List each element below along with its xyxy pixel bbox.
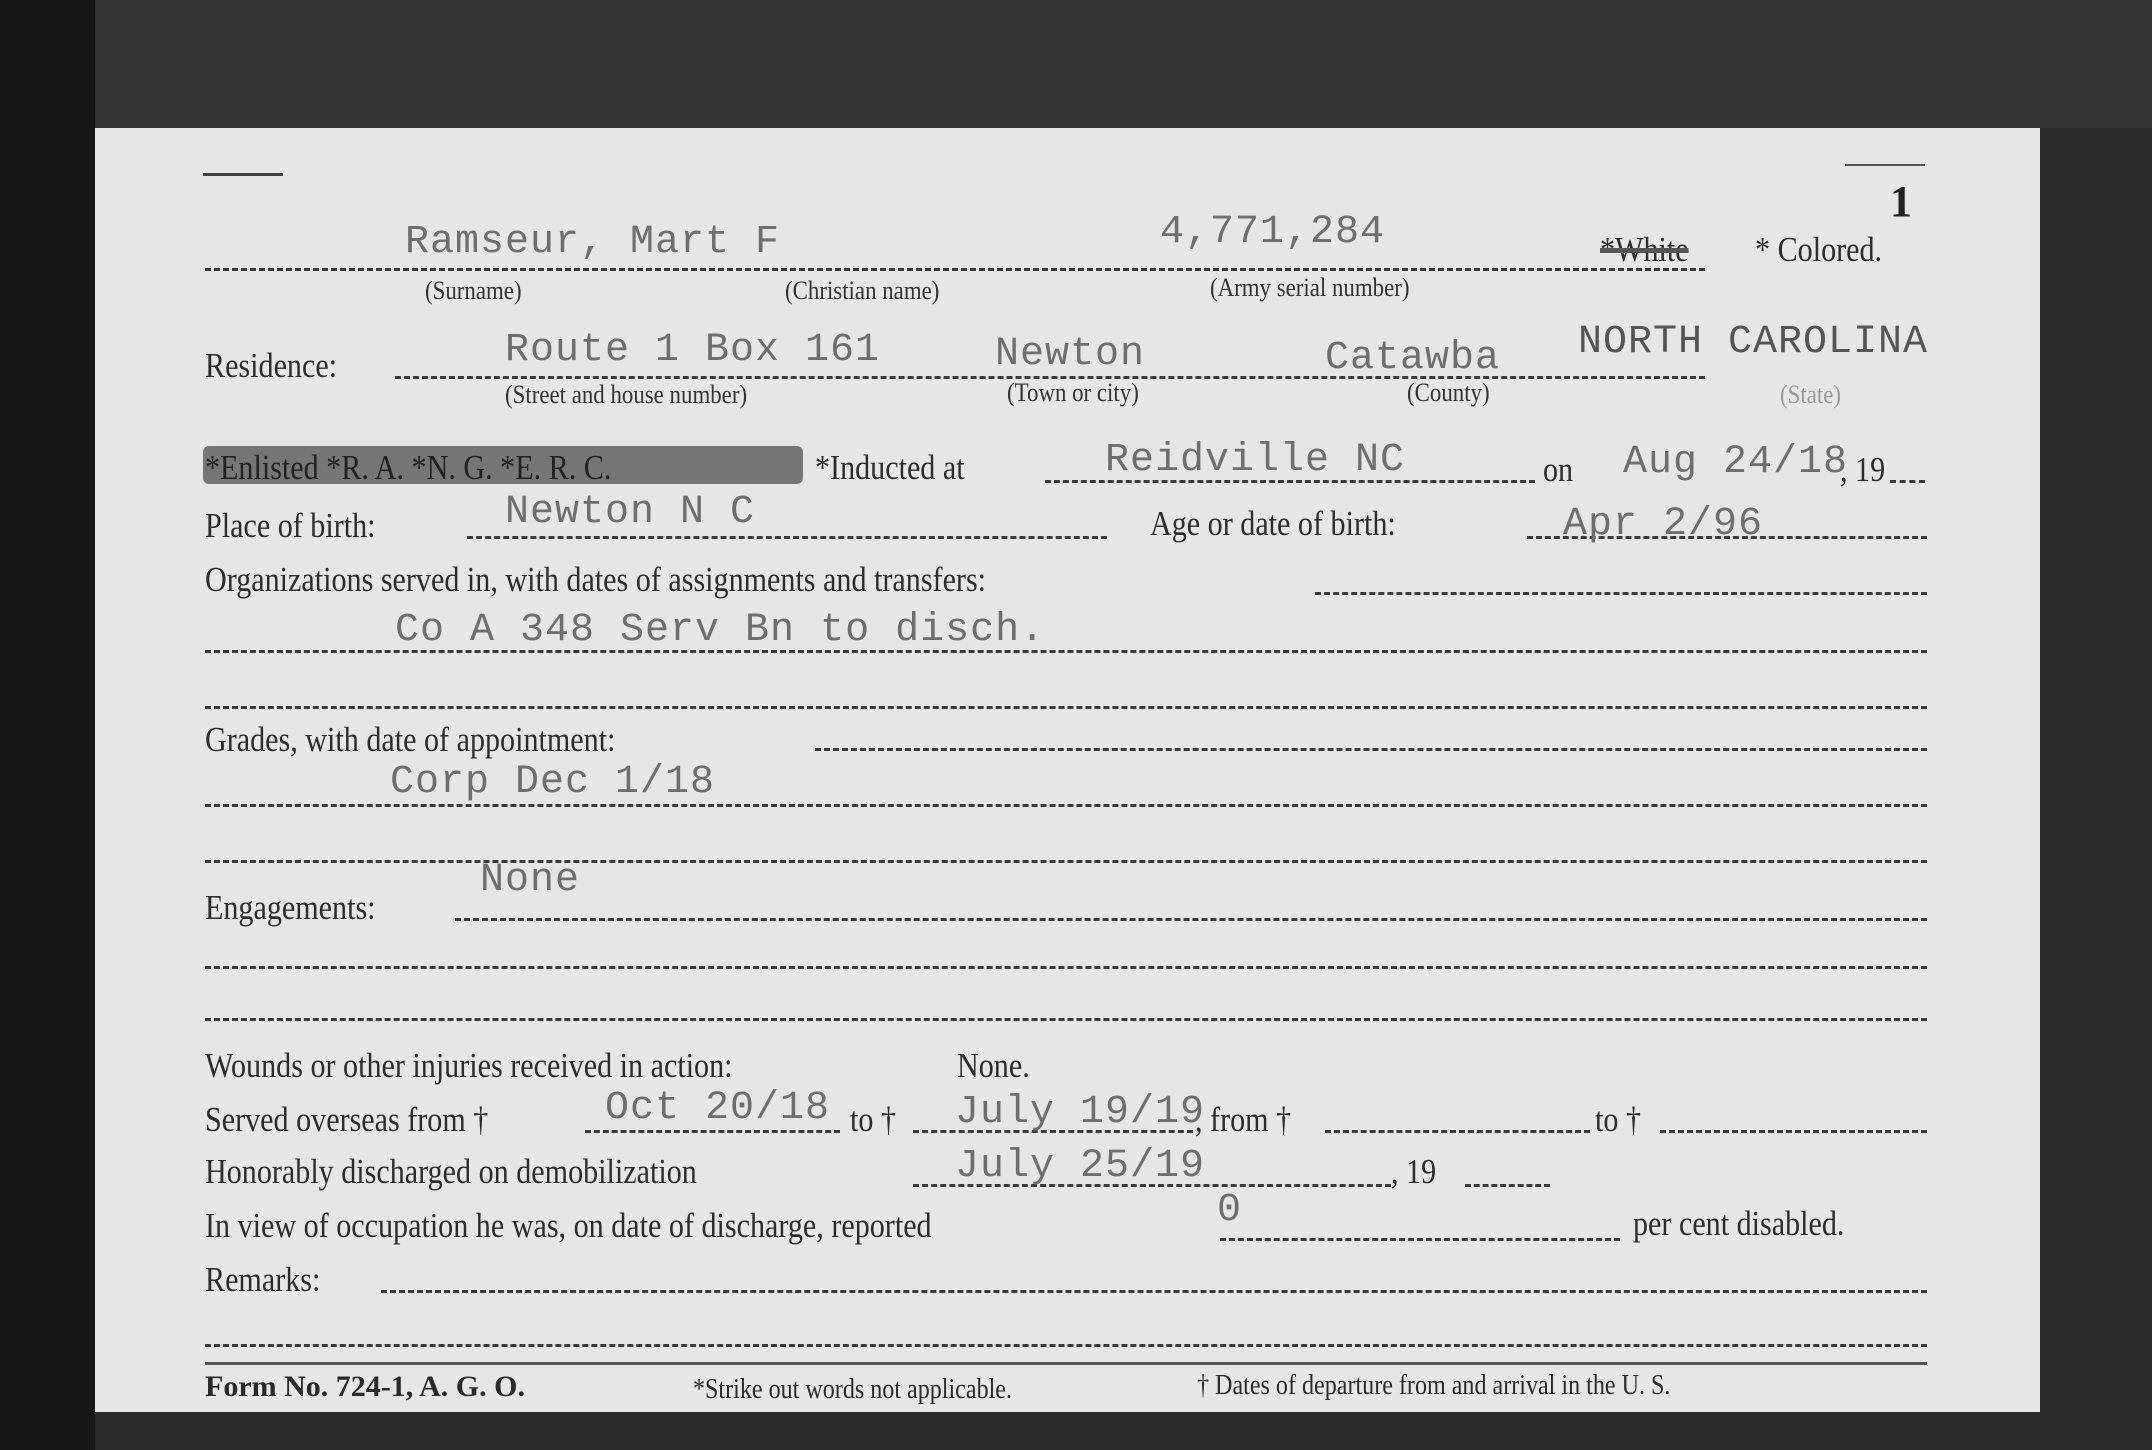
- state-value: NORTH CAROLINA: [1578, 320, 1928, 365]
- county-value: Catawba: [1325, 336, 1500, 381]
- inducted-place-value: Reidville NC: [1105, 438, 1405, 483]
- street-value: Route 1 Box 161: [505, 328, 880, 373]
- organizations-line-3: [205, 706, 1927, 709]
- inducted-date-value: Aug 24/18: [1623, 440, 1848, 485]
- discharge-label: Honorably discharged on demobilization: [205, 1152, 697, 1192]
- top-left-mark: [203, 173, 283, 176]
- scan-background: [95, 0, 2152, 128]
- service-record-card: 1 Ramseur, Mart F 4,771,284 *White * Col…: [95, 128, 2040, 1412]
- overseas-to2-label: to †: [1595, 1100, 1641, 1140]
- grades-line-2: [205, 804, 1927, 807]
- grades-label: Grades, with date of appointment:: [205, 720, 615, 760]
- birth-place-value: Newton N C: [505, 490, 755, 535]
- town-value: Newton: [995, 332, 1145, 377]
- enlisted-options-struck: *Enlisted *R. A. *N. G. *E. R. C.: [205, 448, 611, 488]
- overseas-to-label: to †: [850, 1100, 896, 1140]
- disability-suffix: per cent disabled.: [1633, 1204, 1844, 1244]
- residence-label: Residence:: [205, 346, 337, 386]
- inducted-year-line: [1890, 480, 1925, 483]
- overseas-from-value: Oct 20/18: [605, 1086, 830, 1131]
- christian-name-label: (Christian name): [785, 276, 939, 306]
- disability-line: [1220, 1238, 1620, 1241]
- town-label: (Town or city): [1007, 378, 1139, 408]
- serial-value: 4,771,284: [1160, 210, 1385, 255]
- top-right-mark: [1845, 164, 1925, 166]
- name-value: Ramseur, Mart F: [405, 220, 780, 265]
- grades-line-3: [205, 860, 1927, 863]
- surname-label: (Surname): [425, 276, 522, 306]
- birth-place-label: Place of birth:: [205, 506, 376, 546]
- engagements-line-2: [205, 966, 1927, 969]
- organizations-line-2: [205, 650, 1927, 653]
- overseas-from2-label: , from †: [1195, 1100, 1291, 1140]
- inducted-year-suffix: , 19: [1840, 450, 1885, 490]
- discharge-year-line: [1465, 1184, 1550, 1187]
- disability-label: In view of occupation he was, on date of…: [205, 1206, 932, 1246]
- street-label: (Street and house number): [505, 380, 747, 410]
- race-colored: * Colored.: [1755, 230, 1882, 270]
- overseas-from-label: Served overseas from †: [205, 1100, 488, 1140]
- race-white-struck: *White: [1600, 230, 1689, 270]
- strike-note: *Strike out words not applicable.: [693, 1374, 1012, 1406]
- remarks-line-2: [205, 1344, 1927, 1347]
- overseas-to-value: July 19/19: [955, 1090, 1205, 1135]
- birth-date-value: Apr 2/96: [1563, 502, 1763, 547]
- overseas-from2-line: [1325, 1130, 1590, 1133]
- disability-value: 0: [1217, 1188, 1242, 1233]
- discharge-year-suffix: , 19: [1391, 1152, 1436, 1192]
- wounds-label: Wounds or other injuries received in act…: [205, 1046, 733, 1086]
- scan-left-edge: [0, 0, 95, 1450]
- discharge-date-value: July 25/19: [955, 1144, 1205, 1189]
- organizations-value: Co A 348 Serv Bn to disch.: [395, 608, 1045, 653]
- engagements-line-3: [205, 1018, 1927, 1021]
- wounds-value: None.: [957, 1046, 1030, 1086]
- engagements-label: Engagements:: [205, 888, 376, 928]
- inducted-label: *Inducted at: [815, 448, 965, 488]
- birth-date-label: Age or date of birth:: [1150, 504, 1396, 544]
- organizations-line-1: [1315, 592, 1927, 595]
- overseas-to2-line: [1660, 1130, 1927, 1133]
- organizations-label: Organizations served in, with dates of a…: [205, 560, 986, 600]
- engagements-line-1: [455, 918, 1927, 921]
- engagements-value: None: [480, 858, 580, 903]
- birth-place-line: [467, 536, 1107, 539]
- grades-value: Corp Dec 1/18: [390, 760, 715, 805]
- serial-label: (Army serial number): [1210, 273, 1409, 303]
- county-label: (County): [1407, 378, 1490, 408]
- card-number: 1: [1890, 176, 1912, 227]
- remarks-line-1: [381, 1290, 1927, 1293]
- inducted-on-label: on: [1543, 450, 1573, 490]
- name-line: [205, 268, 1705, 271]
- footer-rule: [205, 1362, 1927, 1365]
- state-label: (State): [1780, 380, 1841, 410]
- dates-note: † Dates of departure from and arrival in…: [1197, 1370, 1670, 1402]
- remarks-label: Remarks:: [205, 1260, 320, 1300]
- grades-line-1: [815, 748, 1927, 751]
- form-number: Form No. 724-1, A. G. O.: [205, 1370, 525, 1404]
